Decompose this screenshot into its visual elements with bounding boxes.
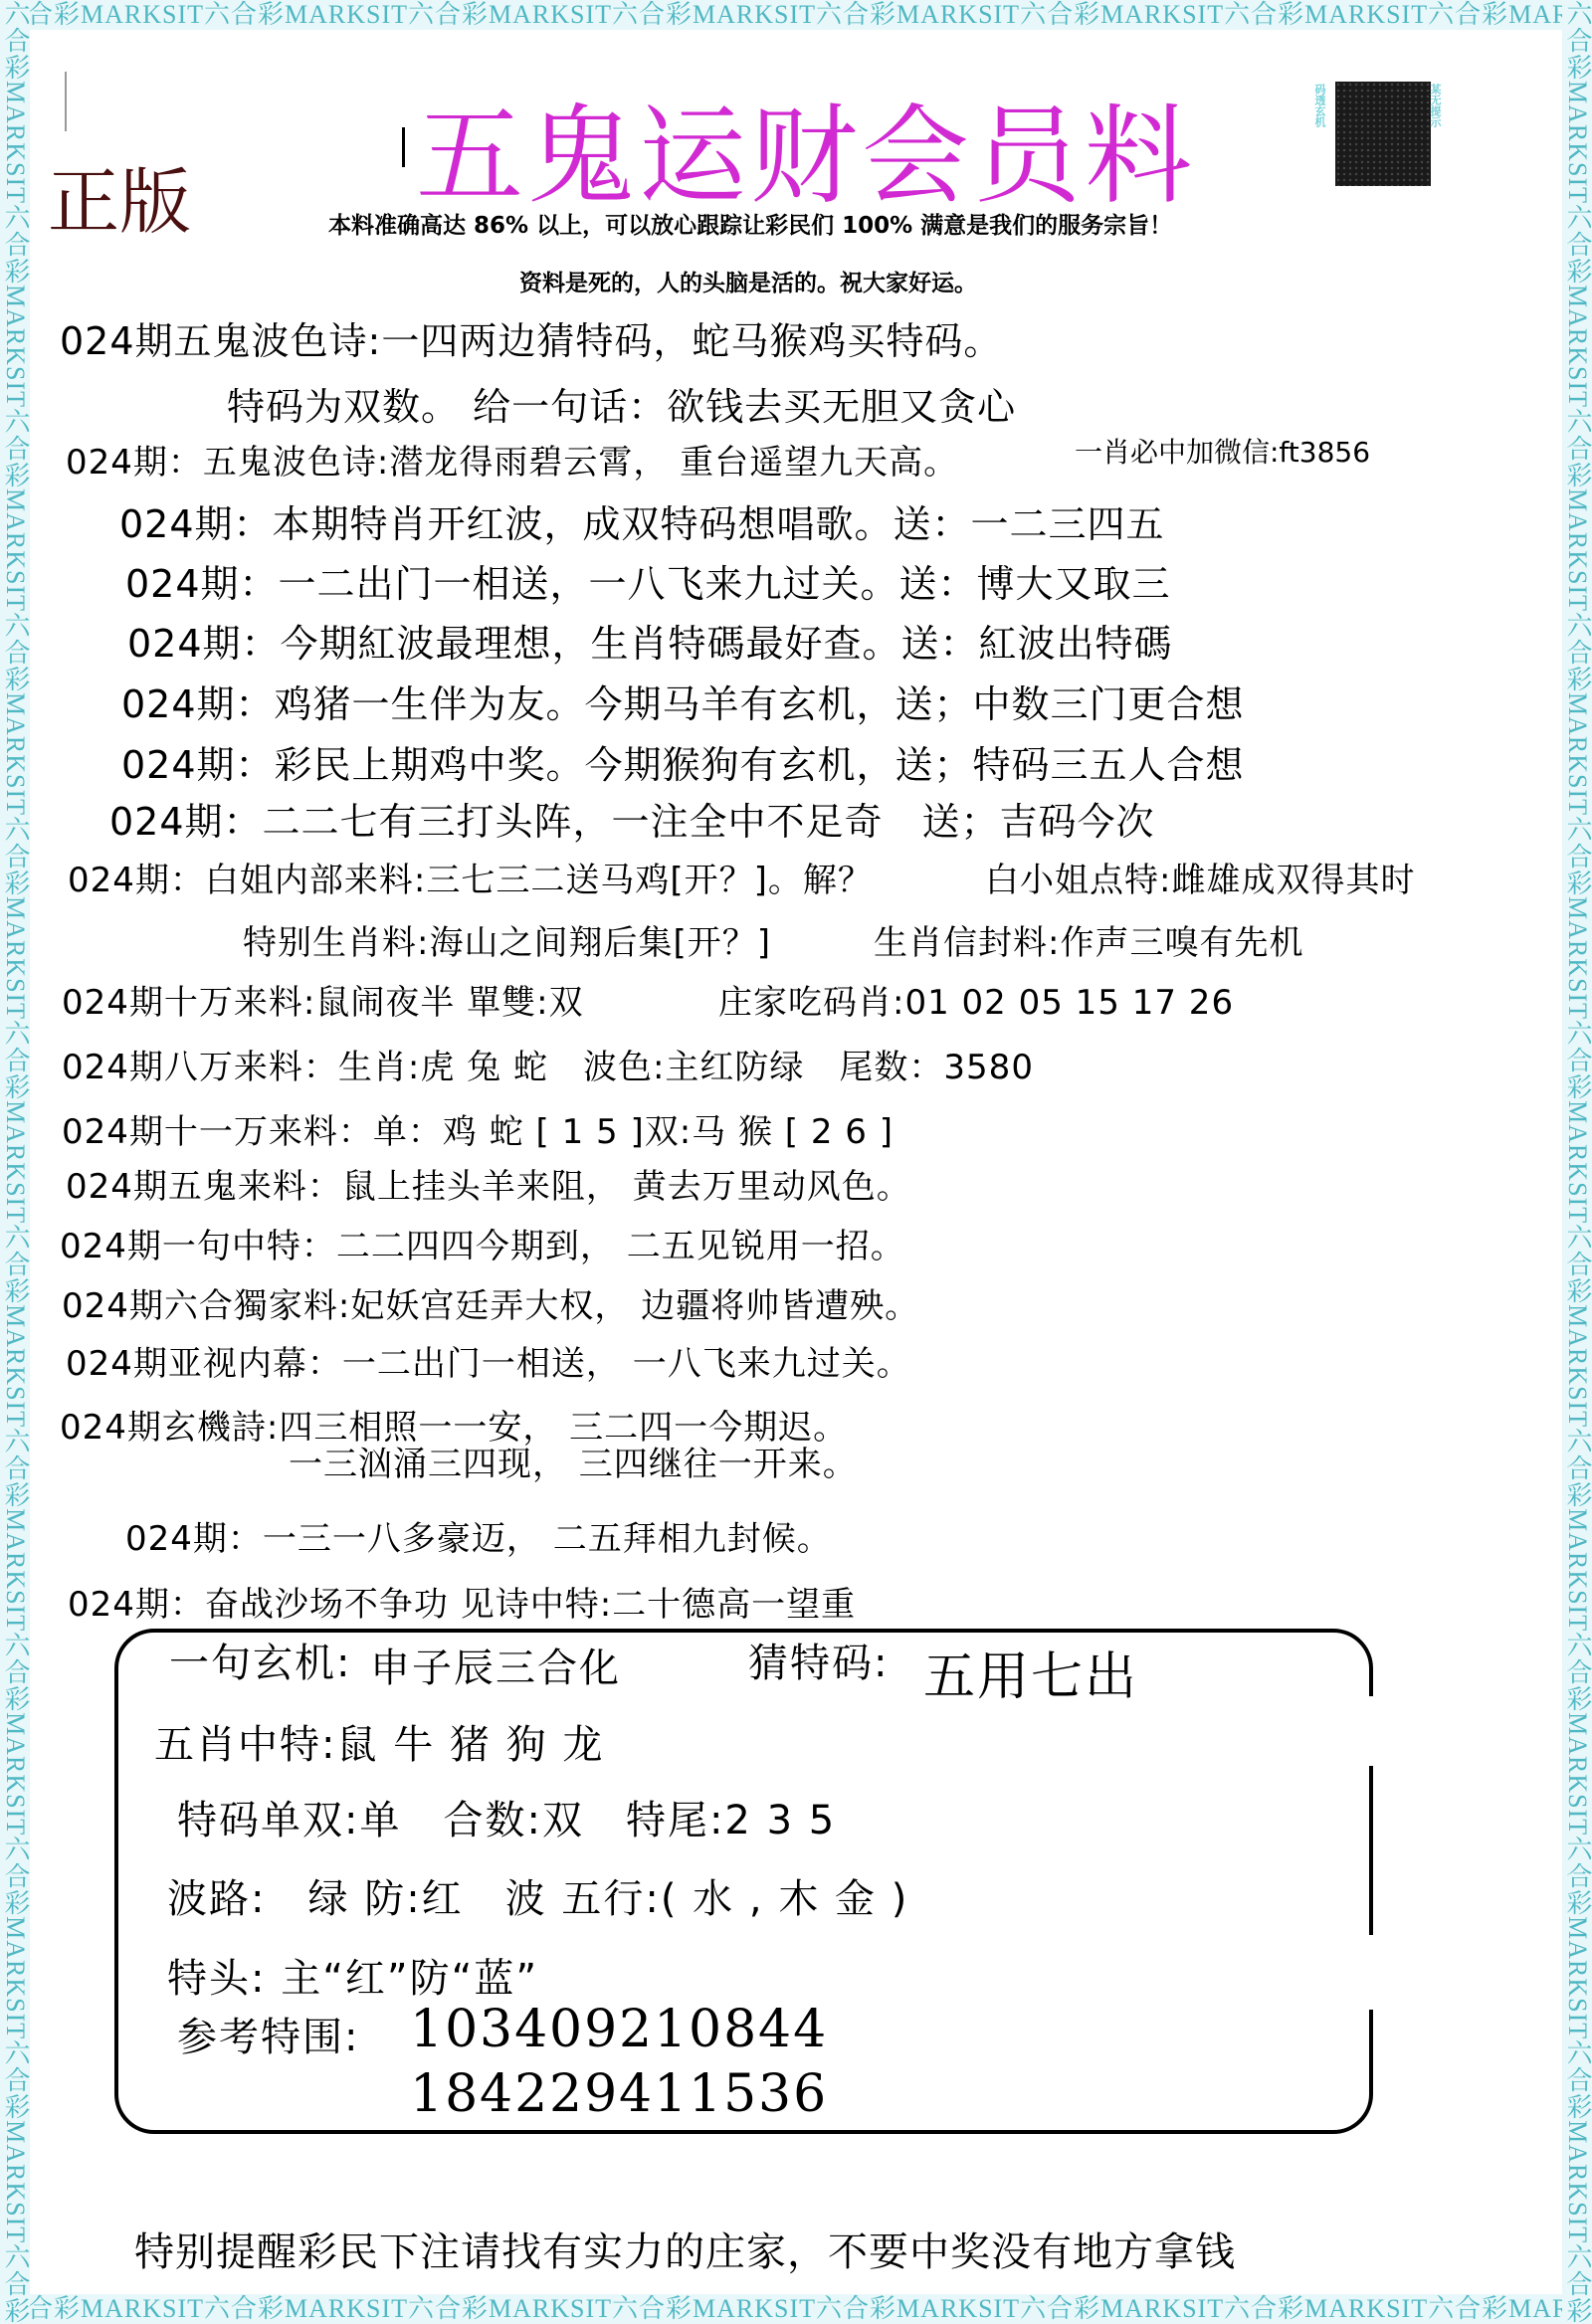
reference-numbers-row-2: 184229411536 [410, 2064, 828, 2124]
text-line: 024期：奋战沙场不争功 见诗中特:二十德高一望重 [68, 1577, 856, 1626]
cai-label: 猜特码: [748, 1632, 889, 1688]
danshuang-line: 特码单双:单 合数:双 特尾:2 3 5 [177, 1789, 836, 1845]
text-line: 024期亚视内幕：一二出门一相送， 一八飞来九过关。 [66, 1336, 911, 1385]
number: 34 [480, 2000, 549, 2059]
wuxiao-line: 五肖中特:鼠 牛 猪 狗 龙 [154, 1713, 604, 1770]
bolu-line: 波路: 绿 防:红 波 五行:( 水 , 木 金 ) [167, 1867, 908, 1924]
number: 21 [619, 2000, 689, 2059]
text-line: 024期：一二出门一相送，一八飞来九过关。送：博大又取三 [125, 553, 1171, 608]
box-gap [1367, 1696, 1377, 1766]
text-line: 白小姐点特:雌雄成双得其时 [985, 853, 1415, 901]
box-gap [1367, 1935, 1377, 2010]
text-line: 024期：五鬼波色诗:潜龙得雨碧云霄， 重台遥望九天高。 [66, 435, 958, 484]
number: 08 [689, 2000, 758, 2059]
divider [65, 72, 67, 131]
qr-side-label: 某无提示 [1435, 84, 1447, 127]
qr-side-label: 码透玄机 [1319, 84, 1331, 127]
watermark-border-left: 六合彩MARKSIT六合彩MARKSIT六合彩MARKSIT六合彩MARKSIT… [0, 0, 30, 2324]
number: 09 [549, 2000, 619, 2059]
text-line: 024期八万来料：生肖:虎 兔 蛇 波色:主红防绿 尾数：3580 [62, 1040, 1034, 1088]
authentic-badge: 正版 [48, 144, 191, 248]
text-line: 一三汹涌三四现， 三四继往一开来。 [289, 1437, 858, 1485]
number: 18 [410, 2064, 480, 2124]
text-line: 024期：本期特肖开红波，成双特码想唱歌。送：一二三四五 [119, 493, 1165, 548]
text-line: 庄家吃码肖:01 02 05 15 17 26 [718, 975, 1234, 1024]
tagline: 本料准确高达 86% 以上，可以放心跟踪让彩民们 100% 满意是我们的服务宗旨… [328, 207, 1172, 240]
number: 10 [410, 2000, 480, 2059]
text-line: 024期：鸡猪一生伴为友。今期马羊有玄机，送；中数三门更合想 [121, 674, 1245, 728]
tetou-line: 特头: 主“红”防“蓝” [167, 1947, 538, 2004]
divider [402, 127, 405, 167]
yiju-label: 一句玄机: [169, 1632, 351, 1688]
tagline: 资料是死的，人的头脑是活的。祝大家好运。 [519, 265, 977, 297]
number: 41 [619, 2064, 689, 2124]
text-line: 024期六合獨家料:妃妖宫廷弄大权， 边疆将帅皆遭殃。 [62, 1278, 919, 1327]
text-line: 特别生肖料:海山之间翔后集[开？] [243, 915, 771, 964]
page-title: 五鬼运财会员料 [416, 70, 1196, 224]
text-line: 024期：一三一八多豪迈， 二五拜相九封候。 [125, 1511, 832, 1560]
number: 29 [549, 2064, 619, 2124]
text-line: 024期：彩民上期鸡中奖。今期猴狗有玄机，送；特码三五人合想 [121, 734, 1245, 789]
watermark-border-right: 六合彩MARKSIT六合彩MARKSIT六合彩MARKSIT六合彩MARKSIT… [1562, 0, 1592, 2324]
text-line: 024期十一万来料：单：鸡 蛇 [ 1 5 ]双:马 猴 [ 2 6 ] [62, 1104, 894, 1153]
watermark-border-top: 六合彩MARKSIT六合彩MARKSIT六合彩MARKSIT六合彩MARKSIT… [0, 0, 1592, 30]
text-line: 024期：今期紅波最理想，生肖特碼最好查。送：紅波出特碼 [127, 613, 1173, 668]
text-line: 024期五鬼来料：鼠上挂头羊来阻， 黄去万里动风色。 [66, 1159, 911, 1208]
text-line: 024期：二二七有三打头阵，一注全中不足奇 送；吉码今次 [109, 791, 1155, 846]
text-line: 024期五鬼波色诗:一四两边猜特码，蛇马猴鸡买特码。 [60, 310, 1002, 365]
footer-reminder: 特别提醒彩民下注请找有实力的庄家，不要中奖没有地方拿钱 [134, 2221, 1236, 2277]
qr-code-icon [1335, 82, 1431, 186]
text-line: 024期：白姐内部来料:三七三二送马鸡[开？]。解？ [68, 853, 873, 901]
qr-code: 码透玄机 某无提示 [1323, 80, 1443, 189]
number: 44 [758, 2000, 828, 2059]
text-line: 特码为双数。 给一句话：欲钱去买无胆又贪心 [227, 376, 1016, 431]
reference-numbers-row-1: 103409210844 [410, 2000, 828, 2059]
yiju-value: 申子辰三合化 [370, 1637, 621, 1693]
number: 15 [689, 2064, 758, 2124]
watermark-border-bottom: 六合彩MARKSIT六合彩MARKSIT六合彩MARKSIT六合彩MARKSIT… [0, 2294, 1592, 2324]
text-line: 024期十万来料:鼠闹夜半 單雙:双 [62, 975, 584, 1024]
text-line: 024期一句中特：二二四四今期到， 二五见锐用一招。 [60, 1219, 905, 1267]
number: 36 [758, 2064, 828, 2124]
wechat-note: 一肖必中加微信:ft3856 [1075, 431, 1370, 471]
cai-value: 五用七出 [923, 1635, 1138, 1709]
number: 42 [480, 2064, 549, 2124]
text-line: 生肖信封料:作声三嗅有先机 [874, 915, 1303, 964]
cankao-label: 参考特围: [177, 2006, 359, 2062]
